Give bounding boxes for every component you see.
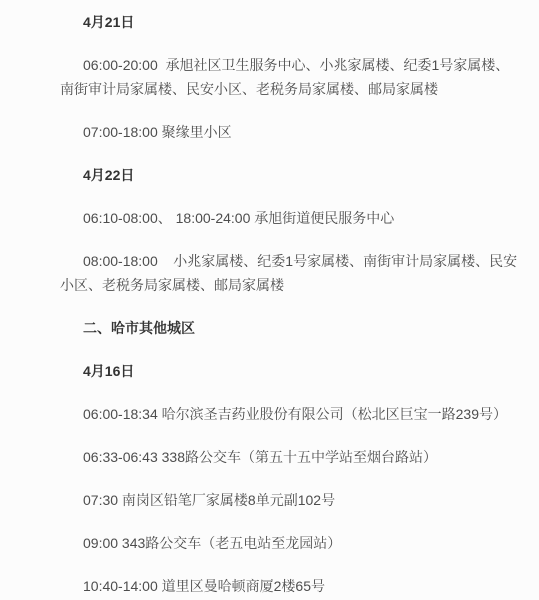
schedule-entry: 07:30 南岗区铅笔厂家属楼8单元副102号 bbox=[60, 488, 523, 512]
schedule-entry: 08:00-18:00 小兆家属楼、纪委1号家属楼、南街审计局家属楼、民安小区、… bbox=[60, 249, 523, 297]
schedule-entry: 06:33-06:43 338路公交车（第五十五中学站至烟台路站） bbox=[60, 445, 523, 469]
section-heading: 二、哈市其他城区 bbox=[60, 316, 523, 340]
schedule-entry: 07:00-18:00 聚缘里小区 bbox=[60, 120, 523, 144]
schedule-entry: 06:10-08:00、 18:00-24:00 承旭街道便民服务中心 bbox=[60, 206, 523, 230]
date-heading: 4月22日 bbox=[60, 163, 523, 187]
schedule-entry: 09:00 343路公交车（老五电站至龙园站） bbox=[60, 531, 523, 555]
date-heading: 4月21日 bbox=[60, 10, 523, 34]
schedule-entry: 10:40-14:00 道里区曼哈顿商厦2楼65号 bbox=[60, 574, 523, 598]
schedule-document: 4月21日06:00-20:00 承旭社区卫生服务中心、小兆家属楼、纪委1号家属… bbox=[0, 0, 539, 600]
date-heading: 4月16日 bbox=[60, 359, 523, 383]
schedule-entry: 06:00-20:00 承旭社区卫生服务中心、小兆家属楼、纪委1号家属楼、南街审… bbox=[60, 53, 523, 101]
schedule-entry: 06:00-18:34 哈尔滨圣吉药业股份有限公司（松北区巨宝一路239号） bbox=[60, 402, 523, 426]
